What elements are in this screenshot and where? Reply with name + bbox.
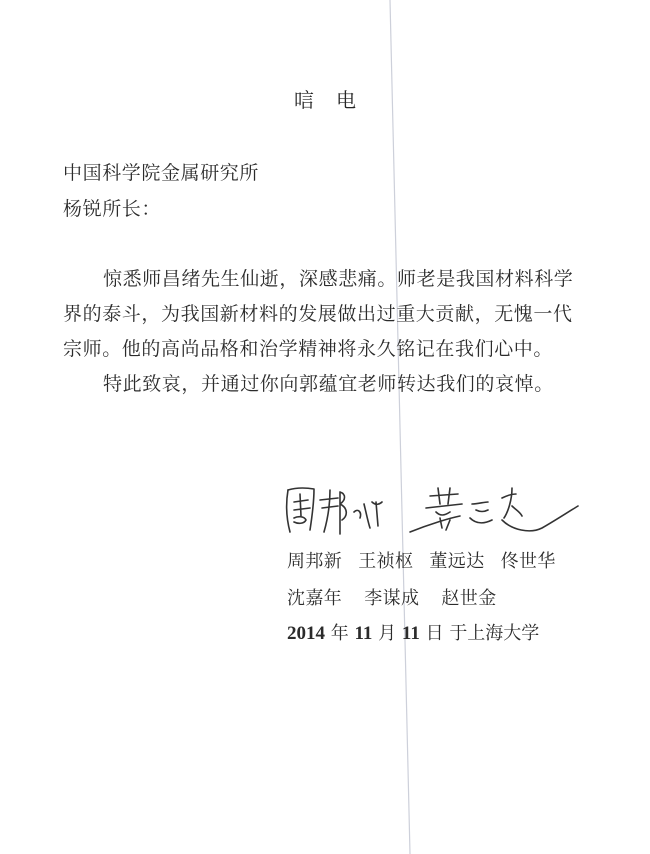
- body-line-2: 界的泰斗，为我国新材料的发展做出过重大贡献，无愧一代: [63, 299, 573, 326]
- signer-name: 沈嘉年: [287, 588, 342, 609]
- date-year: 2014: [287, 623, 325, 644]
- signer-name: 王祯枢: [358, 551, 413, 572]
- body-line-1: 惊悉师昌绪先生仙逝，深感悲痛。师老是我国材料科学: [103, 264, 573, 291]
- signer-name: 李谋成: [364, 588, 419, 609]
- handwritten-signature: [280, 482, 590, 542]
- signer-name: 赵世金: [441, 588, 496, 609]
- date-day: 11: [402, 623, 420, 644]
- condolence-letter-page: 唁电 中国科学院金属研究所 杨锐所长： 惊悉师昌绪先生仙逝，深感悲痛。师老是我国…: [0, 0, 650, 854]
- signer-name: 周邦新: [287, 551, 342, 572]
- body-line-4: 特此致哀，并通过你向郭蕴宜老师转达我们的哀悼。: [103, 369, 554, 396]
- signer-name: 佟世华: [501, 551, 556, 572]
- date-day-unit: 日: [426, 623, 444, 644]
- date-month: 11: [354, 623, 372, 644]
- date-location-line: 2014 年 11 月 11 日 于上海大学: [287, 619, 539, 645]
- signer-name: 董远达: [429, 551, 484, 572]
- signers-row-1: 周邦新王祯枢董远达佟世华: [287, 547, 556, 573]
- paper-fold-line: [0, 0, 650, 854]
- body-line-3: 宗师。他的高尚品格和治学精神将永久铭记在我们心中。: [63, 334, 553, 361]
- date-month-unit: 月: [378, 623, 396, 644]
- date-location: 于上海大学: [449, 623, 539, 644]
- signers-row-2: 沈嘉年李谋成赵世金: [287, 584, 497, 610]
- addressee-recipient: 杨锐所长：: [63, 194, 161, 221]
- letter-title: 唁电: [0, 84, 650, 113]
- date-year-unit: 年: [331, 623, 349, 644]
- addressee-organization: 中国科学院金属研究所: [63, 158, 259, 185]
